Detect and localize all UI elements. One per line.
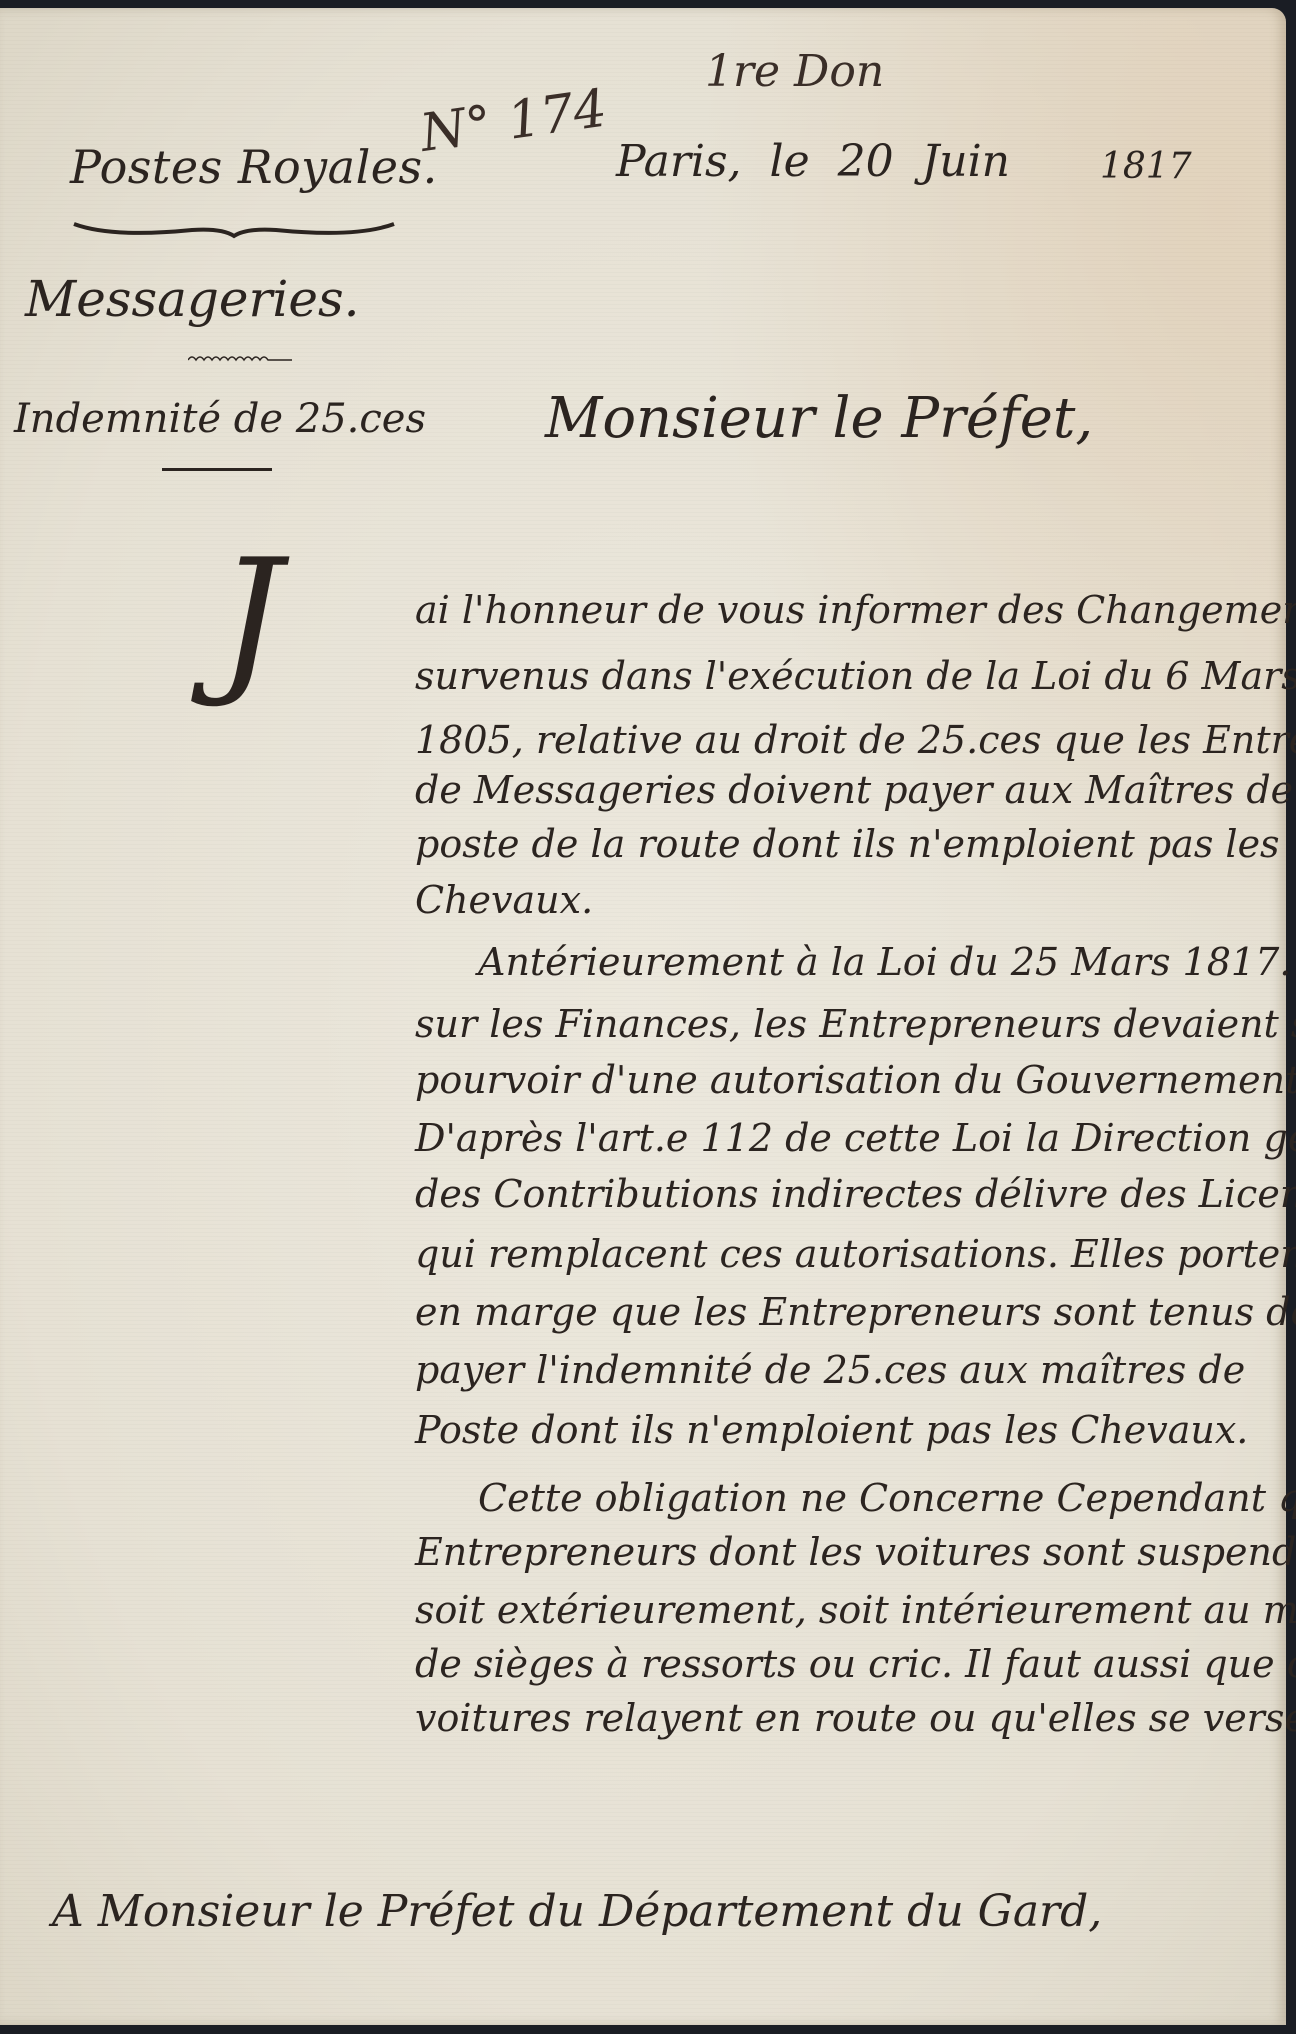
- body-line: ai l'honneur de vous informer des Change…: [415, 588, 1296, 632]
- body-line: voitures relayent en route ou qu'elles s…: [415, 1696, 1296, 1740]
- body-line: de sièges à ressorts ou cric. Il faut au…: [415, 1642, 1296, 1686]
- body-line: Poste dont ils n'emploient pas les Cheva…: [415, 1408, 1248, 1452]
- salutation: Monsieur le Préfet,: [545, 386, 1093, 451]
- body-line: soit extérieurement, soit intérieurement…: [415, 1588, 1296, 1632]
- body-line: des Contributions indirectes délivre des…: [415, 1172, 1296, 1216]
- body-line: pourvoir d'une autorisation du Gouvernem…: [415, 1058, 1296, 1102]
- body-line: poste de la route dont ils n'emploient p…: [415, 822, 1280, 866]
- body-line: D'après l'art.e 112 de cette Loi la Dire…: [415, 1116, 1296, 1160]
- body-line: 1805, relative au droit de 25.ces que le…: [415, 718, 1296, 762]
- body-line: payer l'indemnité de 25.ces aux maîtres …: [415, 1348, 1245, 1392]
- divider-rule: [162, 468, 272, 471]
- letter-page: Postes Royales. N° 174 1re Don Paris, le…: [0, 8, 1286, 2025]
- body-line: Antérieurement à la Loi du 25 Mars 1817.: [478, 940, 1291, 984]
- addressee-line: A Monsieur le Préfet du Département du G…: [52, 1886, 1102, 1937]
- flourish-divider-icon: [72, 216, 396, 240]
- letterhead: Postes Royales.: [70, 140, 438, 194]
- subject-detail: Indemnité de 25.ces: [14, 396, 426, 442]
- body-line: en marge que les Entrepreneurs sont tenu…: [415, 1290, 1296, 1334]
- body-line: qui remplacent ces autorisations. Elles …: [415, 1232, 1296, 1276]
- subject-heading: Messageries.: [25, 270, 360, 328]
- date-year: 1817: [1100, 146, 1192, 187]
- body-line: de Messageries doivent payer aux Maîtres…: [415, 768, 1293, 812]
- body-line: Chevaux.: [415, 878, 593, 922]
- reference-mark: 1re Don: [705, 46, 884, 97]
- body-line: Entrepreneurs dont les voitures sont sus…: [415, 1530, 1296, 1574]
- body-line: Cette obligation ne Concerne Cependant q…: [478, 1476, 1296, 1520]
- body-line: survenus dans l'exécution de la Loi du 6…: [415, 654, 1296, 698]
- body-line: sur les Finances, les Entrepreneurs deva…: [415, 1002, 1296, 1046]
- drop-cap: J: [218, 538, 282, 698]
- dateline: Paris, le 20 Juin: [616, 136, 1010, 187]
- squiggle-divider-icon: [188, 354, 292, 364]
- reference-number: N° 174: [417, 79, 611, 164]
